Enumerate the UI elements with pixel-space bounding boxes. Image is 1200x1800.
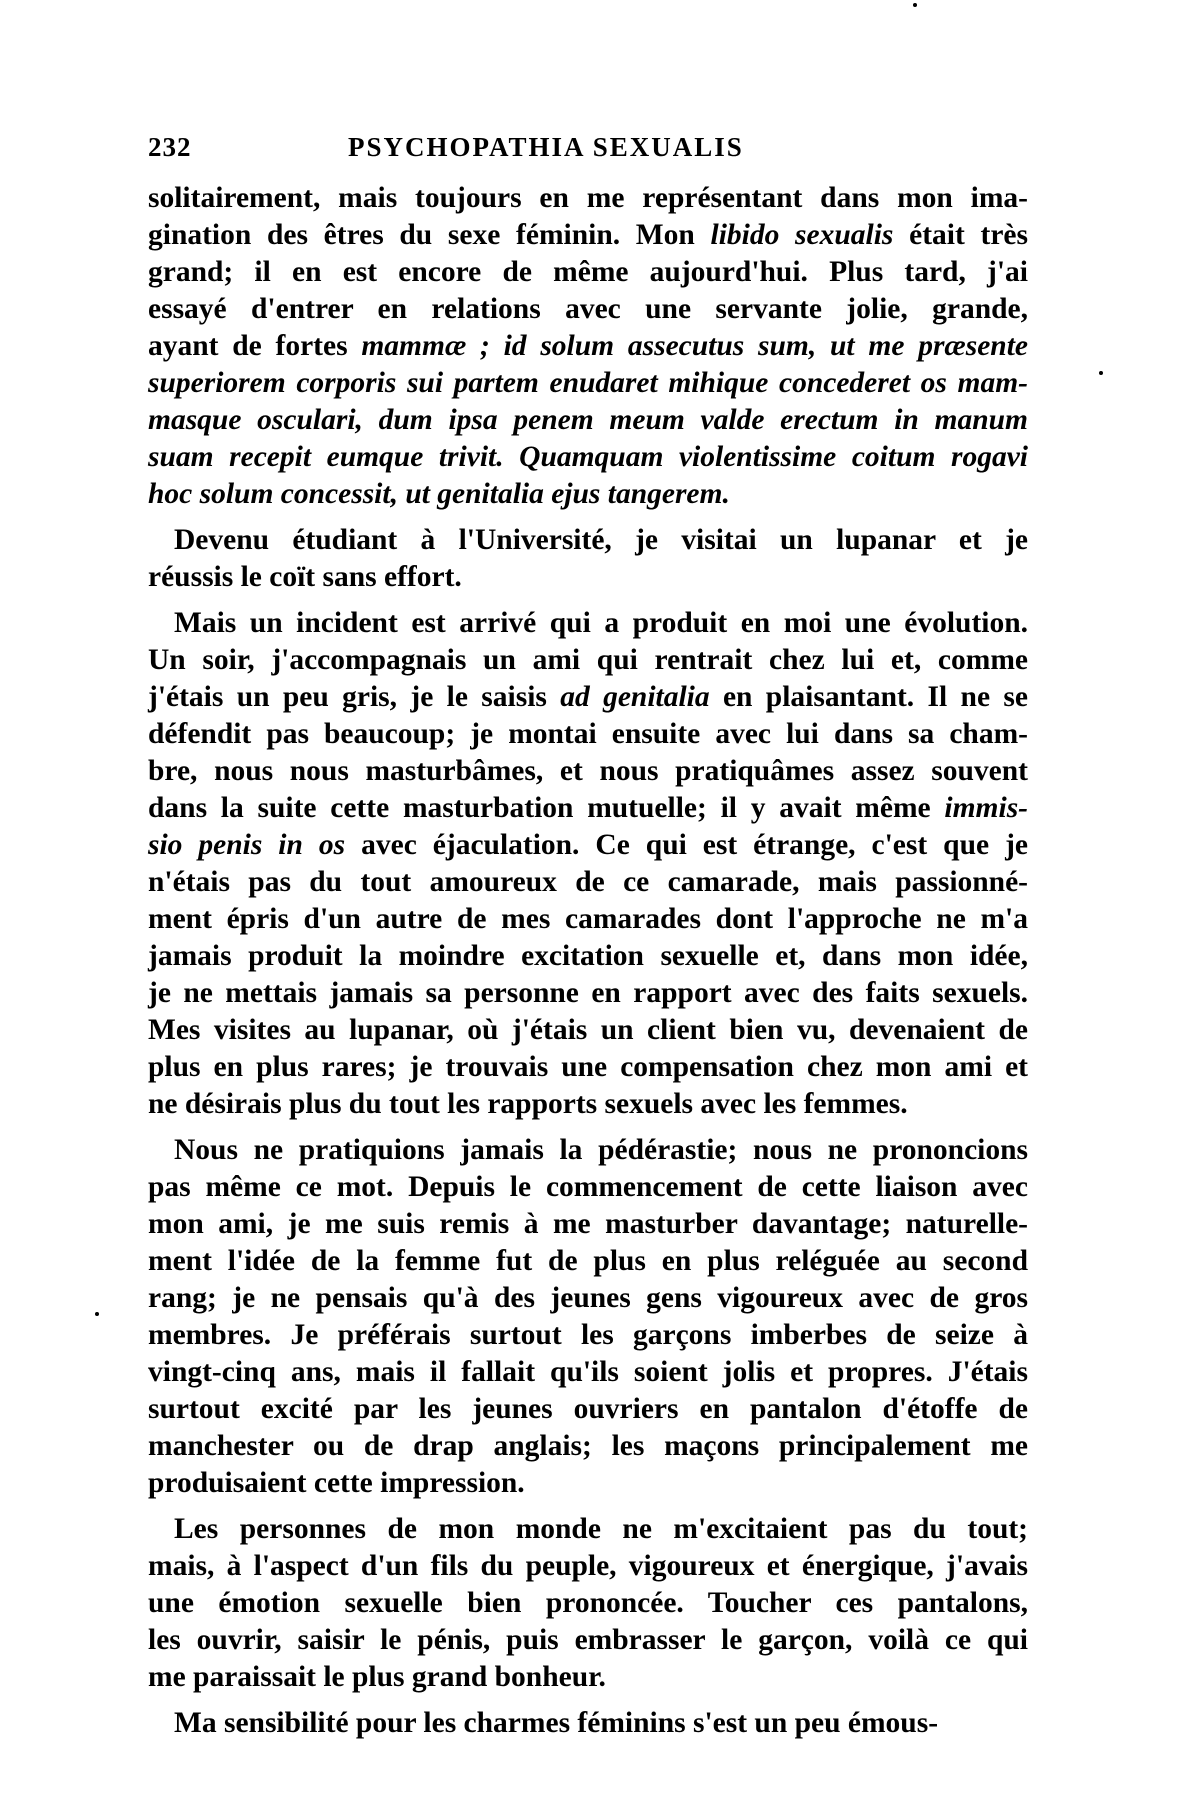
text-line: plus en plus rares; je trouvais une comp…	[148, 1049, 1028, 1086]
text-line: bre, nous nous masturbâmes, et nous prat…	[148, 753, 1028, 790]
scan-speck	[1099, 371, 1103, 375]
text-line: Un soir, j'accompagnais un ami qui rentr…	[148, 642, 1028, 679]
text-line: jamais produit la moindre excitation sex…	[148, 938, 1028, 975]
text-line: une émotion sexuelle bien prononcée. Tou…	[148, 1585, 1028, 1622]
text-line: les ouvrir, saisir le pénis, puis embras…	[148, 1622, 1028, 1659]
text-line: j'étais un peu gris, je le saisis ad gen…	[148, 679, 1028, 716]
paragraph: Les personnes de mon monde ne m'excitaie…	[148, 1511, 1028, 1696]
paragraph: Mais un incident est arrivé qui a produi…	[148, 605, 1028, 1123]
text-line: ment épris d'un autre de mes camarades d…	[148, 901, 1028, 938]
text-line: grand; il en est encore de même aujourd'…	[148, 254, 1028, 291]
scan-speck	[913, 3, 917, 7]
text-line: essayé d'entrer en relations avec une se…	[148, 291, 1028, 328]
text-line: sio penis in os avec éjaculation. Ce qui…	[148, 827, 1028, 864]
text-line: dans la suite cette masturbation mutuell…	[148, 790, 1028, 827]
text-line: Devenu étudiant à l'Université, je visit…	[148, 522, 1028, 559]
text-line: rang; je ne pensais qu'à des jeunes gens…	[148, 1280, 1028, 1317]
text-line: réussis le coït sans effort.	[148, 559, 1028, 596]
text-line: pas même ce mot. Depuis le commencement …	[148, 1169, 1028, 1206]
text-line: gination des êtres du sexe féminin. Mon …	[148, 217, 1028, 254]
text-line: Mes visites au lupanar, où j'étais un cl…	[148, 1012, 1028, 1049]
running-title: PSYCHOPATHIA SEXUALIS	[348, 132, 744, 163]
paragraph: Devenu étudiant à l'Université, je visit…	[148, 522, 1028, 596]
text-line: mon ami, je me suis remis à me masturber…	[148, 1206, 1028, 1243]
book-page: 232 PSYCHOPATHIA SEXUALIS solitairement,…	[0, 0, 1200, 1800]
text-line: n'étais pas du tout amoureux de ce camar…	[148, 864, 1028, 901]
text-line: surtout excité par les jeunes ouvriers e…	[148, 1391, 1028, 1428]
text-line: vingt-cinq ans, mais il fallait qu'ils s…	[148, 1354, 1028, 1391]
text-line: masque osculari, dum ipsa penem meum val…	[148, 402, 1028, 439]
text-line: produisaient cette impression.	[148, 1465, 1028, 1502]
paragraph: Ma sensibilité pour les charmes féminins…	[148, 1705, 1028, 1742]
text-line: manchester ou de drap anglais; les maçon…	[148, 1428, 1028, 1465]
page-body: solitairement, mais toujours en me repré…	[148, 180, 1028, 1742]
text-line: me paraissait le plus grand bonheur.	[148, 1659, 1028, 1696]
text-line: ment l'idée de la femme fut de plus en p…	[148, 1243, 1028, 1280]
paragraph: Nous ne pratiquions jamais la pédérastie…	[148, 1132, 1028, 1502]
paragraph: solitairement, mais toujours en me repré…	[148, 180, 1028, 513]
text-line: Les personnes de mon monde ne m'excitaie…	[148, 1511, 1028, 1548]
text-line: superiorem corporis sui partem enudaret …	[148, 365, 1028, 402]
text-line: membres. Je préférais surtout les garçon…	[148, 1317, 1028, 1354]
page-number: 232	[148, 132, 192, 163]
text-line: Ma sensibilité pour les charmes féminins…	[148, 1705, 1028, 1742]
text-line: je ne mettais jamais sa personne en rapp…	[148, 975, 1028, 1012]
text-line: suam recepit eumque trivit. Quamquam vio…	[148, 439, 1028, 476]
text-line: Mais un incident est arrivé qui a produi…	[148, 605, 1028, 642]
text-line: ne désirais plus du tout les rapports se…	[148, 1086, 1028, 1123]
page-header: 232 PSYCHOPATHIA SEXUALIS	[148, 132, 808, 172]
scan-speck	[95, 1312, 99, 1316]
text-line: hoc solum concessit, ut genitalia ejus t…	[148, 476, 1028, 513]
text-line: défendit pas beaucoup; je montai ensuite…	[148, 716, 1028, 753]
text-line: mais, à l'aspect d'un fils du peuple, vi…	[148, 1548, 1028, 1585]
text-line: Nous ne pratiquions jamais la pédérastie…	[148, 1132, 1028, 1169]
text-line: solitairement, mais toujours en me repré…	[148, 180, 1028, 217]
text-line: ayant de fortes mammæ ; id solum assecut…	[148, 328, 1028, 365]
